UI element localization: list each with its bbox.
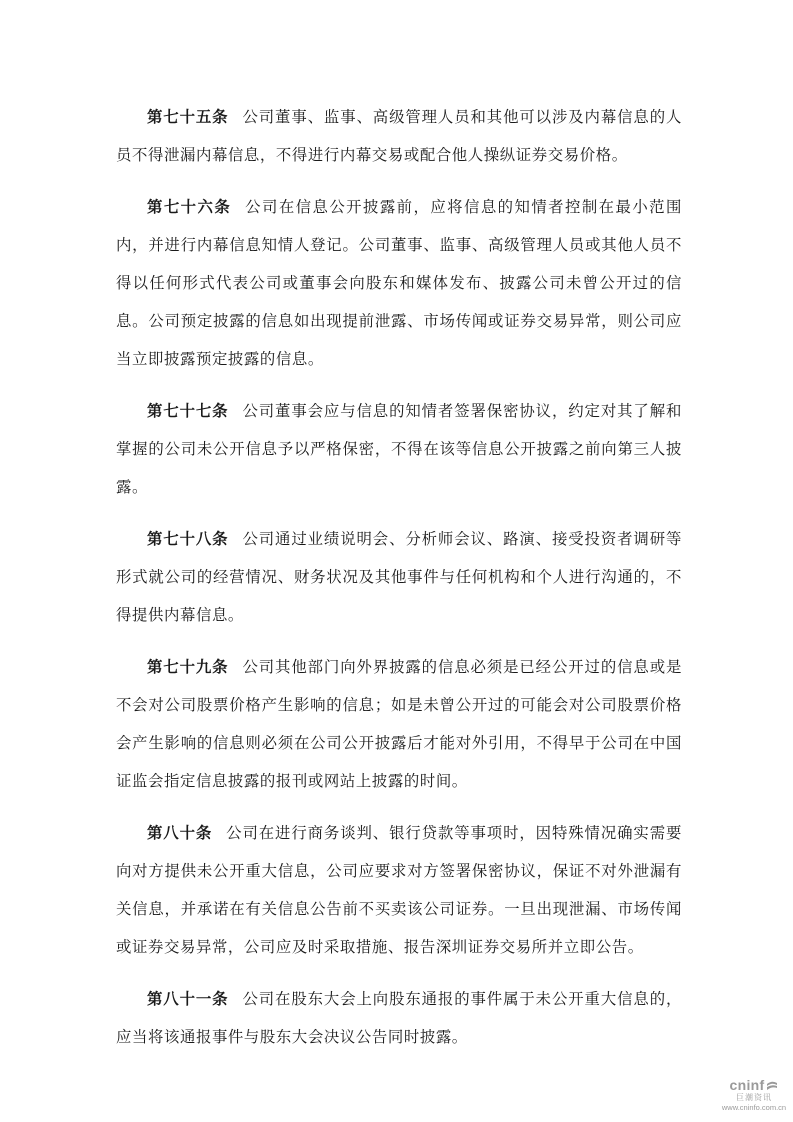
article-body: 公司在进行商务谈判、银行贷款等事项时，因特殊情况确实需要向对方提供未公开重大信息… — [116, 824, 682, 956]
watermark-brand: cninf — [719, 1078, 789, 1093]
article-heading: 第七十六条 — [147, 198, 231, 216]
article-76: 第七十六条公司在信息公开披露前，应将信息的知情者控制在最小范围内，并进行内幕信息… — [116, 188, 682, 378]
cninfo-watermark: cninf 巨潮资讯 www.cninfo.com.cn — [719, 1078, 789, 1112]
cninfo-swirl-icon — [766, 1081, 778, 1091]
article-75: 第七十五条公司董事、监事、高级管理人员和其他可以涉及内幕信息的人员不得泄漏内幕信… — [116, 98, 682, 174]
article-heading: 第七十七条 — [147, 402, 228, 420]
article-heading: 第八十条 — [147, 824, 212, 842]
article-78: 第七十八条公司通过业绩说明会、分析师会议、路演、接受投资者调研等形式就公司的经营… — [116, 520, 682, 634]
article-heading: 第七十八条 — [147, 530, 228, 548]
article-heading: 第七十九条 — [147, 658, 228, 676]
article-heading: 第八十一条 — [147, 990, 228, 1008]
article-79: 第七十九条公司其他部门向外界披露的信息必须是已经公开过的信息或是不会对公司股票价… — [116, 648, 682, 800]
article-80: 第八十条公司在进行商务谈判、银行贷款等事项时，因特殊情况确实需要向对方提供未公开… — [116, 814, 682, 966]
article-body: 公司其他部门向外界披露的信息必须是已经公开过的信息或是不会对公司股票价格产生影响… — [116, 658, 682, 790]
article-heading: 第七十五条 — [147, 108, 228, 126]
document-page: 第七十五条公司董事、监事、高级管理人员和其他可以涉及内幕信息的人员不得泄漏内幕信… — [116, 98, 682, 1070]
article-body: 公司在信息公开披露前，应将信息的知情者控制在最小范围内，并进行内幕信息知情人登记… — [116, 198, 682, 368]
article-77: 第七十七条公司董事会应与信息的知情者签署保密协议，约定对其了解和掌握的公司未公开… — [116, 392, 682, 506]
watermark-chinese-name: 巨潮资讯 — [719, 1093, 789, 1103]
watermark-url: www.cninfo.com.cn — [719, 1103, 789, 1112]
article-81: 第八十一条公司在股东大会上向股东通报的事件属于未公开重大信息的，应当将该通报事件… — [116, 980, 682, 1056]
